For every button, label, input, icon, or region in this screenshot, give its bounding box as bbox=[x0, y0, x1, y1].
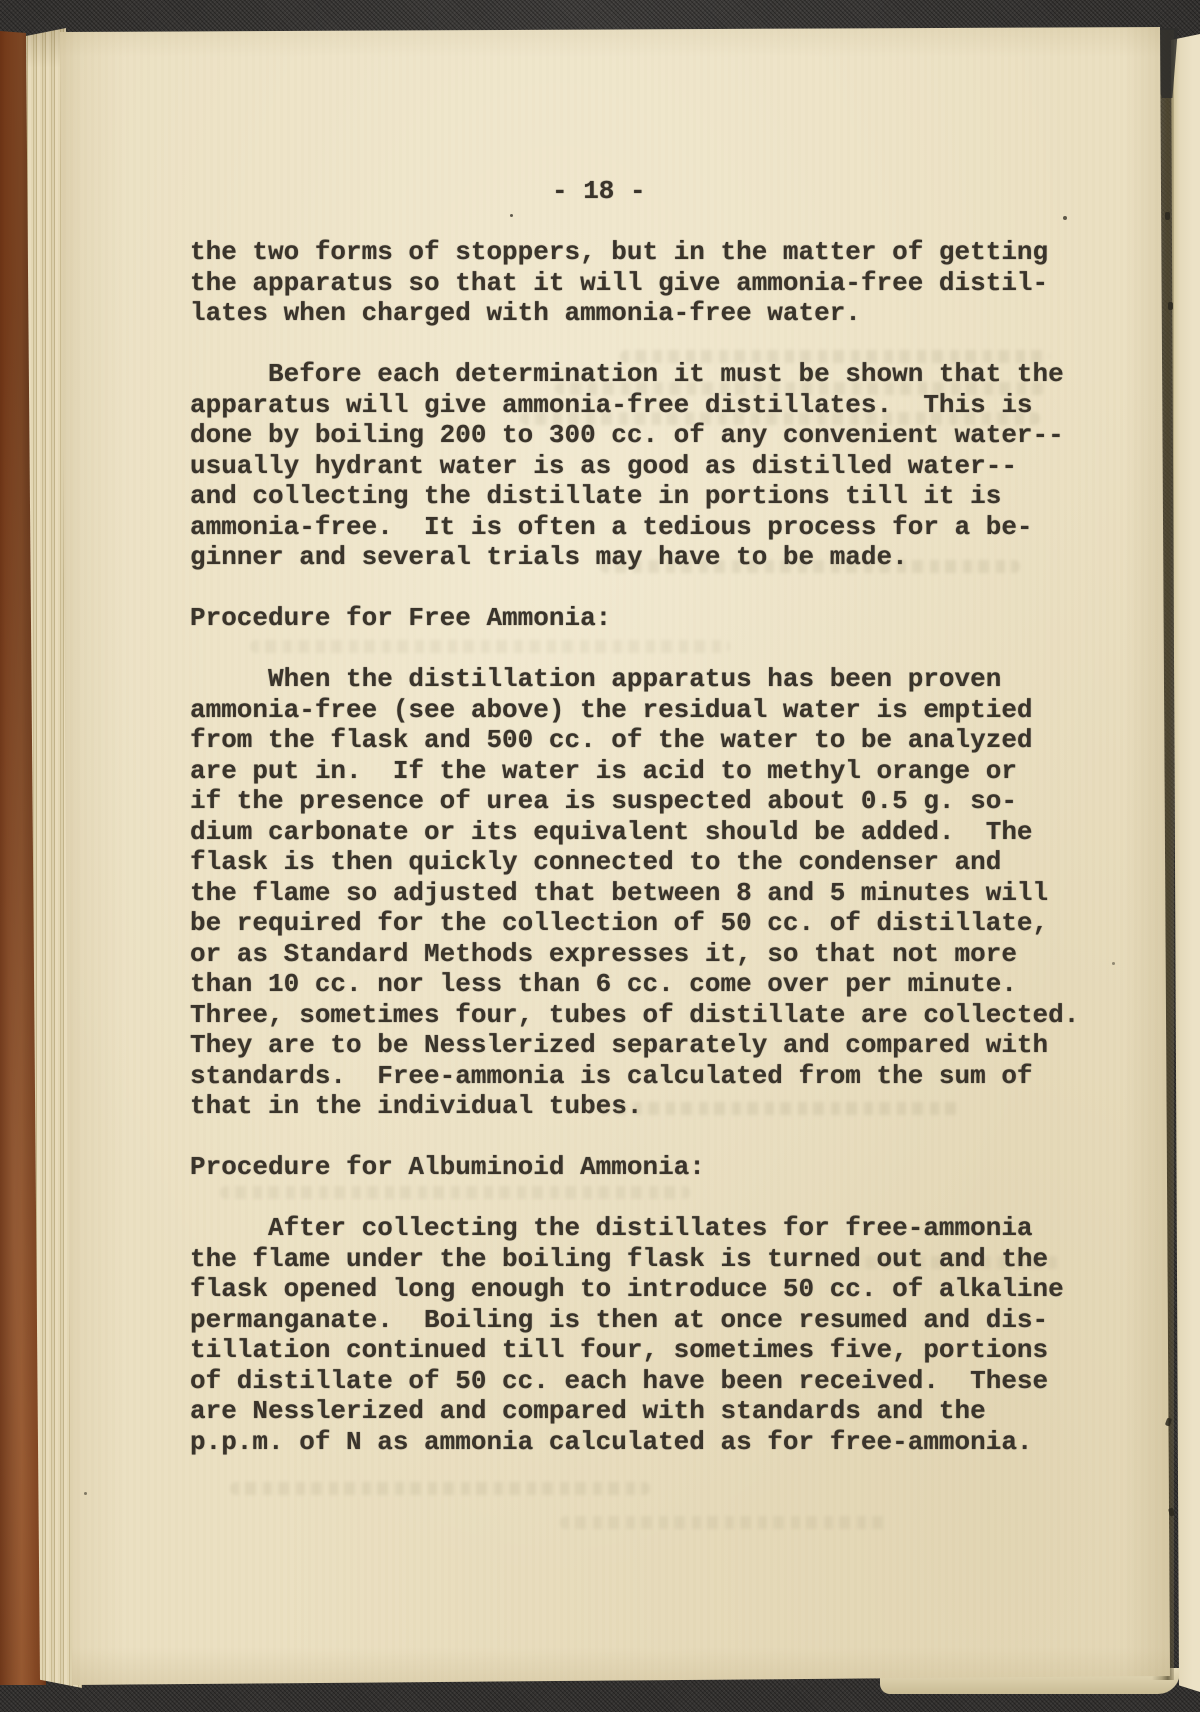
stitch-mark bbox=[1168, 302, 1173, 310]
text-line: from the flask and 500 cc. of the water … bbox=[190, 725, 1079, 756]
text-line bbox=[190, 1183, 1079, 1214]
book-photo: - 18 - the two forms of stoppers, but in… bbox=[0, 0, 1200, 1712]
text-line: or as Standard Methods expresses it, so … bbox=[190, 939, 1079, 970]
text-line: When the distillation apparatus has been… bbox=[190, 664, 1079, 695]
dust-speck bbox=[510, 214, 513, 217]
text-line: that in the individual tubes. bbox=[190, 1091, 1079, 1122]
text-line: standards. Free-ammonia is calculated fr… bbox=[190, 1061, 1079, 1092]
show-through-smudge bbox=[230, 1482, 650, 1495]
text-line: p.p.m. of N as ammonia calculated as for… bbox=[190, 1427, 1079, 1458]
text-line: flask opened long enough to introduce 50… bbox=[190, 1274, 1079, 1305]
text-line: ammonia-free (see above) the residual wa… bbox=[190, 695, 1079, 726]
dust-speck bbox=[84, 1492, 87, 1495]
text-line: Three, sometimes four, tubes of distilla… bbox=[190, 1000, 1079, 1031]
dust-speck bbox=[1112, 962, 1115, 965]
text-line: flask is then quickly connected to the c… bbox=[190, 847, 1079, 878]
show-through-smudge bbox=[560, 1516, 890, 1529]
page-number: - 18 - bbox=[552, 176, 646, 207]
text-line bbox=[190, 329, 1079, 360]
text-line bbox=[190, 573, 1079, 604]
text-line: permanganate. Boiling is then at once re… bbox=[190, 1305, 1079, 1336]
page-text: the two forms of stoppers, but in the ma… bbox=[190, 237, 1079, 1457]
text-line: They are to be Nesslerized separately an… bbox=[190, 1030, 1079, 1061]
text-line: are put in. If the water is acid to meth… bbox=[190, 756, 1079, 787]
text-line: Before each determination it must be sho… bbox=[190, 359, 1079, 390]
text-line: the flame under the boiling flask is tur… bbox=[190, 1244, 1079, 1275]
text-line: be required for the collection of 50 cc.… bbox=[190, 908, 1079, 939]
text-line: the flame so adjusted that between 8 and… bbox=[190, 878, 1079, 909]
dust-speck bbox=[1063, 216, 1067, 220]
text-line: done by boiling 200 to 300 cc. of any co… bbox=[190, 420, 1079, 451]
text-line: Procedure for Albuminoid Ammonia: bbox=[190, 1152, 1079, 1183]
text-line: lates when charged with ammonia-free wat… bbox=[190, 298, 1079, 329]
text-line: than 10 cc. nor less than 6 cc. come ove… bbox=[190, 969, 1079, 1000]
text-line: if the presence of urea is suspected abo… bbox=[190, 786, 1079, 817]
stitch-mark bbox=[1165, 212, 1170, 220]
text-line: are Nesslerized and compared with standa… bbox=[190, 1396, 1079, 1427]
text-line: After collecting the distillates for fre… bbox=[190, 1213, 1079, 1244]
text-line bbox=[190, 634, 1079, 665]
text-line: Procedure for Free Ammonia: bbox=[190, 603, 1079, 634]
text-line: ginner and several trials may have to be… bbox=[190, 542, 1079, 573]
text-line: usually hydrant water is as good as dist… bbox=[190, 451, 1079, 482]
text-line: ammonia-free. It is often a tedious proc… bbox=[190, 512, 1079, 543]
text-line: the apparatus so that it will give ammon… bbox=[190, 268, 1079, 299]
text-line: tillation continued till four, sometimes… bbox=[190, 1335, 1079, 1366]
text-line: and collecting the distillate in portion… bbox=[190, 481, 1079, 512]
text-line bbox=[190, 1122, 1079, 1153]
text-line: of distillate of 50 cc. each have been r… bbox=[190, 1366, 1079, 1397]
text-line: dium carbonate or its equivalent should … bbox=[190, 817, 1079, 848]
text-line: apparatus will give ammonia-free distill… bbox=[190, 390, 1079, 421]
text-line: the two forms of stoppers, but in the ma… bbox=[190, 237, 1079, 268]
